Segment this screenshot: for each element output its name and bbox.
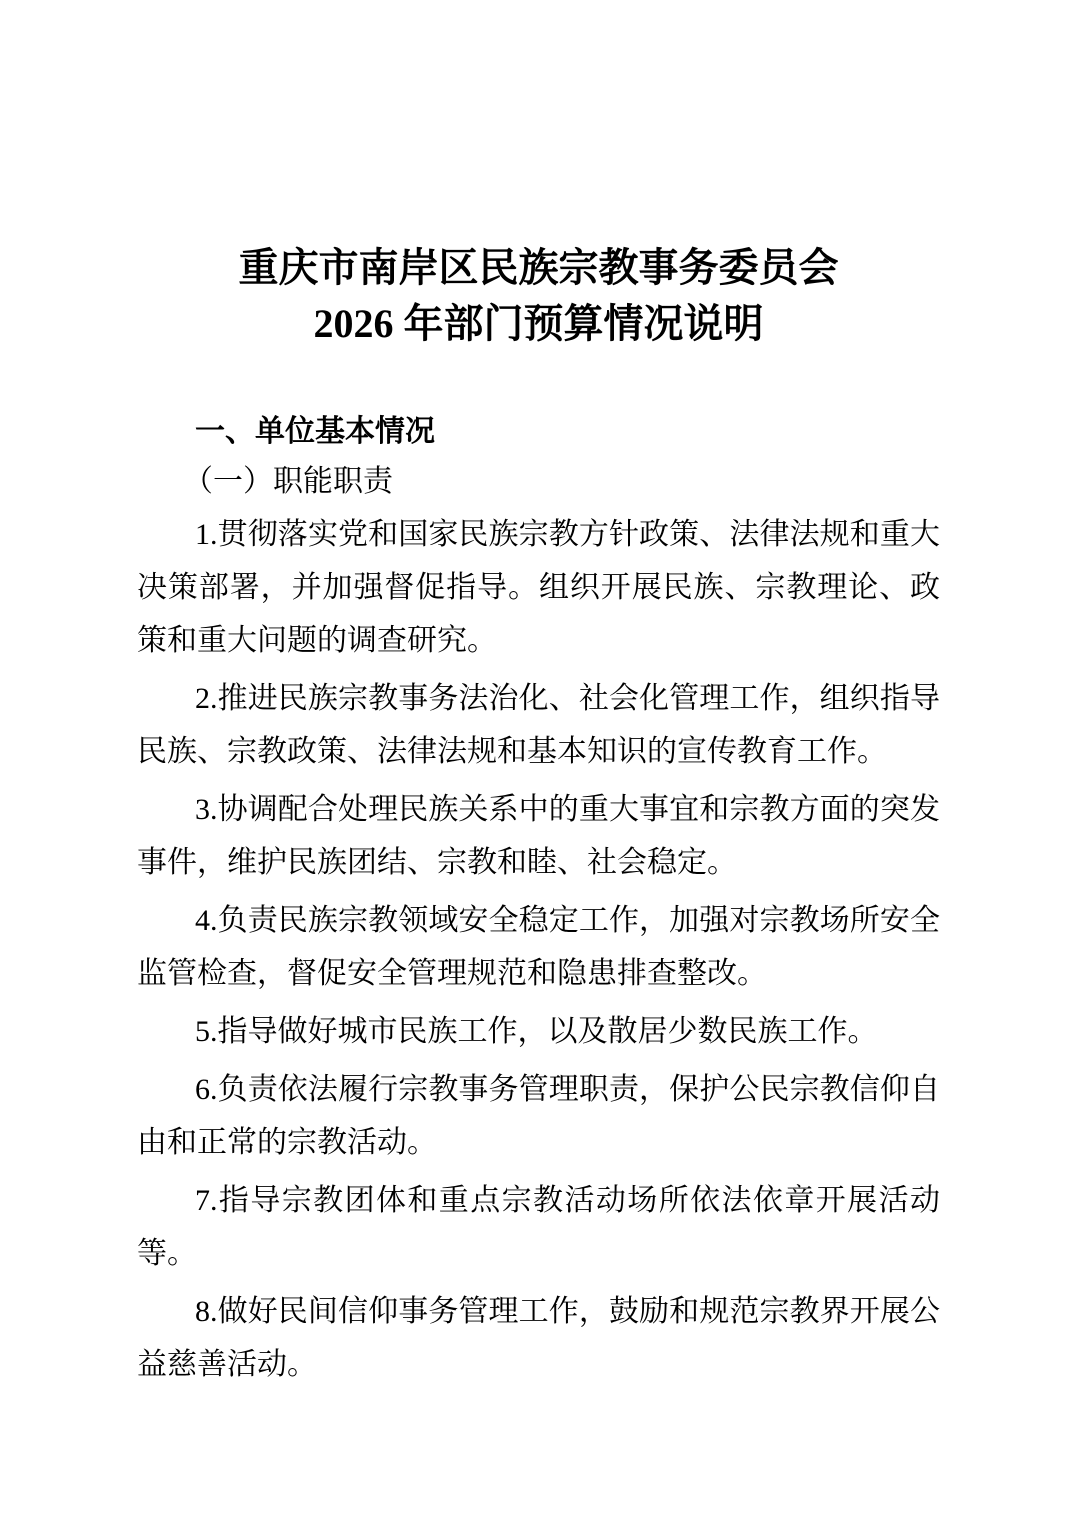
duty-paragraph-2: 2.推进民族宗教事务法治化、社会化管理工作，组织指导民族、宗教政策、法律法规和基…: [137, 672, 940, 778]
duty-paragraph-7: 7.指导宗教团体和重点宗教活动场所依法依章开展活动等。: [137, 1174, 940, 1280]
subsection-heading-duties: （一）职能职责: [137, 464, 940, 500]
duty-paragraph-1: 1.贯彻落实党和国家民族宗教方针政策、法律法规和重大决策部署，并加强督促指导。组…: [137, 508, 940, 667]
duty-paragraph-6: 6.负责依法履行宗教事务管理职责，保护公民宗教信仰自由和正常的宗教活动。: [137, 1063, 940, 1169]
document-page: 重庆市南岸区民族宗教事务委员会 2026 年部门预算情况说明 一、单位基本情况 …: [0, 0, 1074, 1520]
duty-paragraph-4: 4.负责民族宗教领域安全稳定工作，加强对宗教场所安全监管检查，督促安全管理规范和…: [137, 894, 940, 1000]
document-title: 重庆市南岸区民族宗教事务委员会 2026 年部门预算情况说明: [137, 240, 940, 352]
document-title-line2: 2026 年部门预算情况说明: [137, 296, 940, 352]
section-heading-basic-info: 一、单位基本情况: [137, 414, 940, 450]
duty-paragraph-5: 5.指导做好城市民族工作，以及散居少数民族工作。: [137, 1005, 940, 1058]
duty-paragraph-8: 8.做好民间信仰事务管理工作，鼓励和规范宗教界开展公益慈善活动。: [137, 1285, 940, 1391]
duty-paragraph-3: 3.协调配合处理民族关系中的重大事宜和宗教方面的突发事件，维护民族团结、宗教和睦…: [137, 783, 940, 889]
document-title-line1: 重庆市南岸区民族宗教事务委员会: [137, 240, 940, 296]
